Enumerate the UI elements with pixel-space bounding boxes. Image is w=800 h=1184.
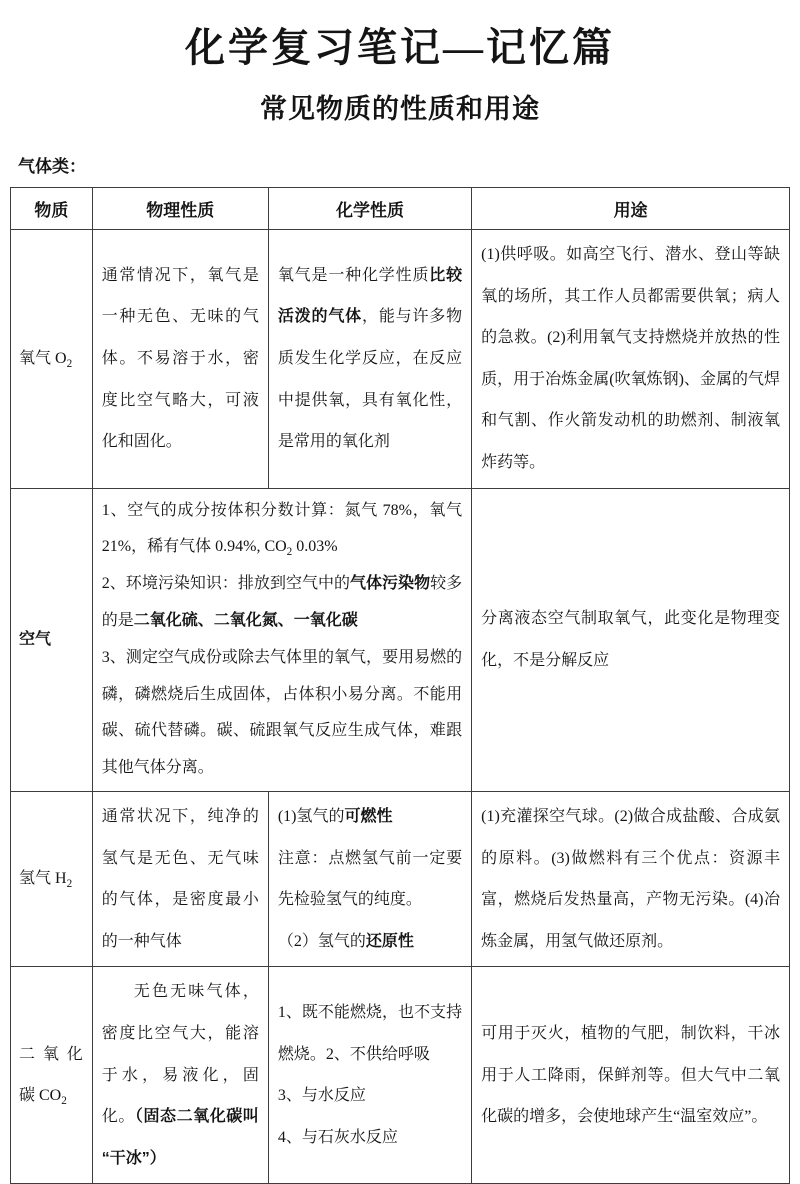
co2-name-line2: 碳 CO2 bbox=[19, 1075, 83, 1117]
oxygen-uses-text: (1)供呼吸。如高空飞行、潜水、登山等缺氧的场所，其工作人员都需要供氧；病人的急… bbox=[481, 246, 780, 471]
air-item2-bold-pollutants: 气体污染物 bbox=[350, 575, 430, 592]
hydrogen-chem3-text: （2）氢气的 bbox=[278, 933, 366, 950]
hydrogen-name-cell: 氢气 H2 bbox=[11, 791, 93, 966]
air-item2-bold-gases: 二氧化硫、二氧化氮、一氧化碳 bbox=[134, 612, 358, 629]
hydrogen-chem1-text: (1)氢气的 bbox=[278, 808, 345, 825]
substances-table: 物质 物理性质 化学性质 用途 氧气 O2 通常情况下，氧气是一种无色、无味的气… bbox=[10, 187, 790, 1184]
col-header-physical: 物理性质 bbox=[92, 188, 268, 230]
table-header-row: 物质 物理性质 化学性质 用途 bbox=[11, 188, 790, 230]
hydrogen-chem1-bold-flammability: 可燃性 bbox=[345, 808, 393, 825]
air-uses-text: 分离液态空气制取氧气，此变化是物理变化，不是分解反应 bbox=[481, 610, 780, 669]
air-uses-cell: 分离液态空气制取氧气，此变化是物理变化，不是分解反应 bbox=[472, 488, 790, 791]
section-label: 气体类： bbox=[18, 152, 800, 177]
air-item1-text: 1、空气的成分按体积分数计算：氮气 78%，氧气 21%，稀有气体 0.94%,… bbox=[102, 502, 462, 556]
page-subtitle: 常见物质的性质和用途 bbox=[0, 87, 800, 126]
air-properties-cell: 1、空气的成分按体积分数计算：氮气 78%，氧气 21%，稀有气体 0.94%,… bbox=[92, 488, 471, 791]
hydrogen-uses-text: (1)充灌探空气球。(2)做合成盐酸、合成氨的原料。(3)做燃料有三个优点：资源… bbox=[481, 808, 780, 950]
co2-physical-text: 无色无味气体，密度比空气大，能溶于水，易液化，固化。 bbox=[102, 983, 259, 1125]
oxygen-chemical-text-pre: 氧气是一种化学性质 bbox=[278, 267, 429, 284]
oxygen-uses-cell: (1)供呼吸。如高空飞行、潜水、登山等缺氧的场所，其工作人员都需要供氧；病人的急… bbox=[472, 230, 790, 489]
co2-chemical-cell: 1、既不能燃烧，也不支持燃烧。2、不供给呼吸 3、与水反应 4、与石灰水反应 bbox=[268, 967, 471, 1184]
hydrogen-physical-text: 通常状况下，纯净的氢气是无色、无气味的气体，是密度最小的一种气体 bbox=[102, 808, 259, 950]
hydrogen-formula-subscript: 2 bbox=[67, 879, 73, 891]
oxygen-chemical-text-post: ，能与许多物质发生化学反应，在反应中提供氧，具有氧化性，是常用的氧化剂 bbox=[278, 308, 462, 450]
col-header-chemical: 化学性质 bbox=[268, 188, 471, 230]
co2-name-cell: 二氧化 碳 CO2 bbox=[11, 967, 93, 1184]
co2-chem1-text: 1、既不能燃烧，也不支持燃烧。2、不供给呼吸 bbox=[278, 1004, 462, 1063]
hydrogen-chem2-text: 注意：点燃氢气前一定要先检验氢气的纯度。 bbox=[278, 850, 462, 909]
hydrogen-chem3-bold-reducibility: 还原性 bbox=[366, 933, 414, 950]
col-header-uses: 用途 bbox=[472, 188, 790, 230]
table-row-carbon-dioxide: 二氧化 碳 CO2 无色无味气体，密度比空气大，能溶于水，易液化，固化。（固态二… bbox=[11, 967, 790, 1184]
hydrogen-uses-cell: (1)充灌探空气球。(2)做合成盐酸、合成氨的原料。(3)做燃料有三个优点：资源… bbox=[472, 791, 790, 966]
air-item2-text-pre: 2、环境污染知识：排放到空气中的 bbox=[102, 575, 350, 592]
co2-uses-text: 可用于灭火，植物的气肥，制饮料，干冰用于人工降雨，保鲜剂等。但大气中二氧化碳的增… bbox=[481, 1025, 780, 1125]
co2-uses-cell: 可用于灭火，植物的气肥，制饮料，干冰用于人工降雨，保鲜剂等。但大气中二氧化碳的增… bbox=[472, 967, 790, 1184]
oxygen-formula-subscript: 2 bbox=[67, 358, 73, 370]
co2-chem3-text: 4、与石灰水反应 bbox=[278, 1129, 398, 1146]
co2-name-line2-text: 碳 CO bbox=[19, 1087, 61, 1104]
hydrogen-physical-cell: 通常状况下，纯净的氢气是无色、无气味的气体，是密度最小的一种气体 bbox=[92, 791, 268, 966]
hydrogen-chemical-cell: (1)氢气的可燃性 注意：点燃氢气前一定要先检验氢气的纯度。 （2）氢气的还原性 bbox=[268, 791, 471, 966]
co2-physical-cell: 无色无味气体，密度比空气大，能溶于水，易液化，固化。（固态二氧化碳叫“干冰”） bbox=[92, 967, 268, 1184]
air-name-text: 空气 bbox=[19, 631, 51, 648]
hydrogen-name-text: 氢气 H bbox=[19, 870, 67, 887]
oxygen-chemical-cell: 氧气是一种化学性质比较活泼的气体，能与许多物质发生化学反应，在反应中提供氧，具有… bbox=[268, 230, 471, 489]
oxygen-name-text: 氧气 O bbox=[19, 350, 67, 367]
table-row-air: 空气 1、空气的成分按体积分数计算：氮气 78%，氧气 21%，稀有气体 0.9… bbox=[11, 488, 790, 791]
air-name-cell: 空气 bbox=[11, 488, 93, 791]
oxygen-physical-text: 通常情况下，氧气是一种无色、无味的气体。不易溶于水，密度比空气略大，可液化和固化… bbox=[102, 267, 259, 450]
oxygen-name-cell: 氧气 O2 bbox=[11, 230, 93, 489]
co2-name-line1: 二氧化 bbox=[19, 1034, 83, 1076]
document-page: 化学复习笔记—记忆篇 常见物质的性质和用途 气体类： 物质 物理性质 化学性质 … bbox=[0, 0, 800, 1184]
oxygen-physical-cell: 通常情况下，氧气是一种无色、无味的气体。不易溶于水，密度比空气略大，可液化和固化… bbox=[92, 230, 268, 489]
table-row-oxygen: 氧气 O2 通常情况下，氧气是一种无色、无味的气体。不易溶于水，密度比空气略大，… bbox=[11, 230, 790, 489]
air-item3-text: 3、测定空气成份或除去气体里的氧气，要用易燃的磷，磷燃烧后生成固体，占体积小易分… bbox=[102, 649, 462, 776]
co2-chem2-text: 3、与水反应 bbox=[278, 1087, 366, 1104]
col-header-substance: 物质 bbox=[11, 188, 93, 230]
air-item1-text-end: 0.03% bbox=[292, 538, 337, 555]
page-title: 化学复习笔记—记忆篇 bbox=[0, 16, 800, 73]
co2-formula-subscript: 2 bbox=[61, 1095, 67, 1107]
table-row-hydrogen: 氢气 H2 通常状况下，纯净的氢气是无色、无气味的气体，是密度最小的一种气体 (… bbox=[11, 791, 790, 966]
